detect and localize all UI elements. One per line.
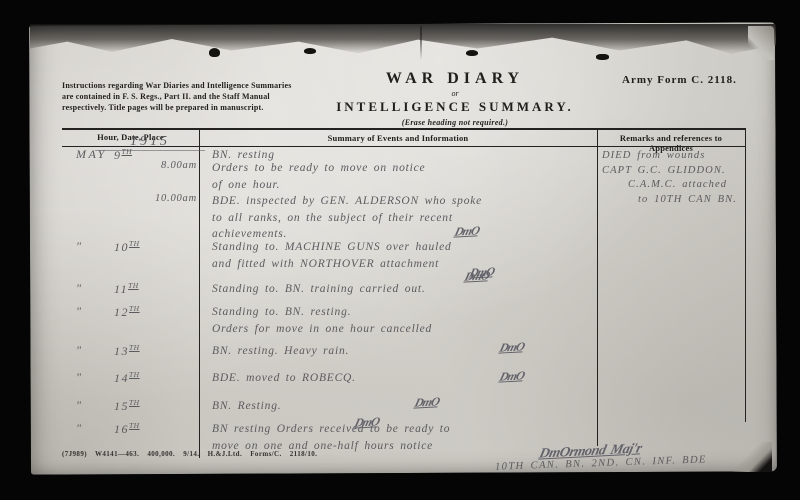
corner-fold	[732, 442, 772, 472]
dogear-fold	[748, 26, 774, 60]
hole-punch	[304, 48, 316, 54]
remarks-line: to 10TH CAN BN.	[602, 193, 747, 208]
handwritten-year: 1915	[95, 134, 205, 151]
remarks-line: C.A.M.C. attached	[602, 178, 747, 193]
hole-punch	[209, 48, 220, 57]
remarks-line: DIED from wounds	[602, 149, 747, 164]
form-title-or: or	[325, 89, 585, 98]
footer-print-code: (7J989) W4141—463. 400,000. 9/14. H.&J.L…	[62, 450, 317, 458]
hole-punch	[596, 54, 609, 60]
paper-crease	[420, 26, 422, 60]
form-subtitle: INTELLIGENCE SUMMARY.	[325, 99, 585, 115]
table-divider-2	[597, 128, 598, 446]
form-title-block: WAR DIARY or INTELLIGENCE SUMMARY. (Eras…	[325, 70, 585, 127]
army-form-number: Army Form C. 2118.	[622, 74, 737, 86]
form-title: WAR DIARY	[325, 70, 585, 88]
table-divider-1	[199, 128, 200, 458]
form-title-note: (Erase heading not required.)	[325, 118, 585, 127]
table-top-rule	[62, 128, 746, 130]
remarks-line: CAPT G.C. GLIDDON.	[602, 164, 747, 179]
remarks-column-note: DIED from woundsCAPT G.C. GLIDDON.C.A.M.…	[602, 149, 747, 207]
column-header-summary: Summary of Events and Information	[199, 133, 597, 143]
instructions-text: Instructions regarding War Diaries and I…	[62, 80, 300, 113]
hole-punch	[466, 50, 478, 56]
